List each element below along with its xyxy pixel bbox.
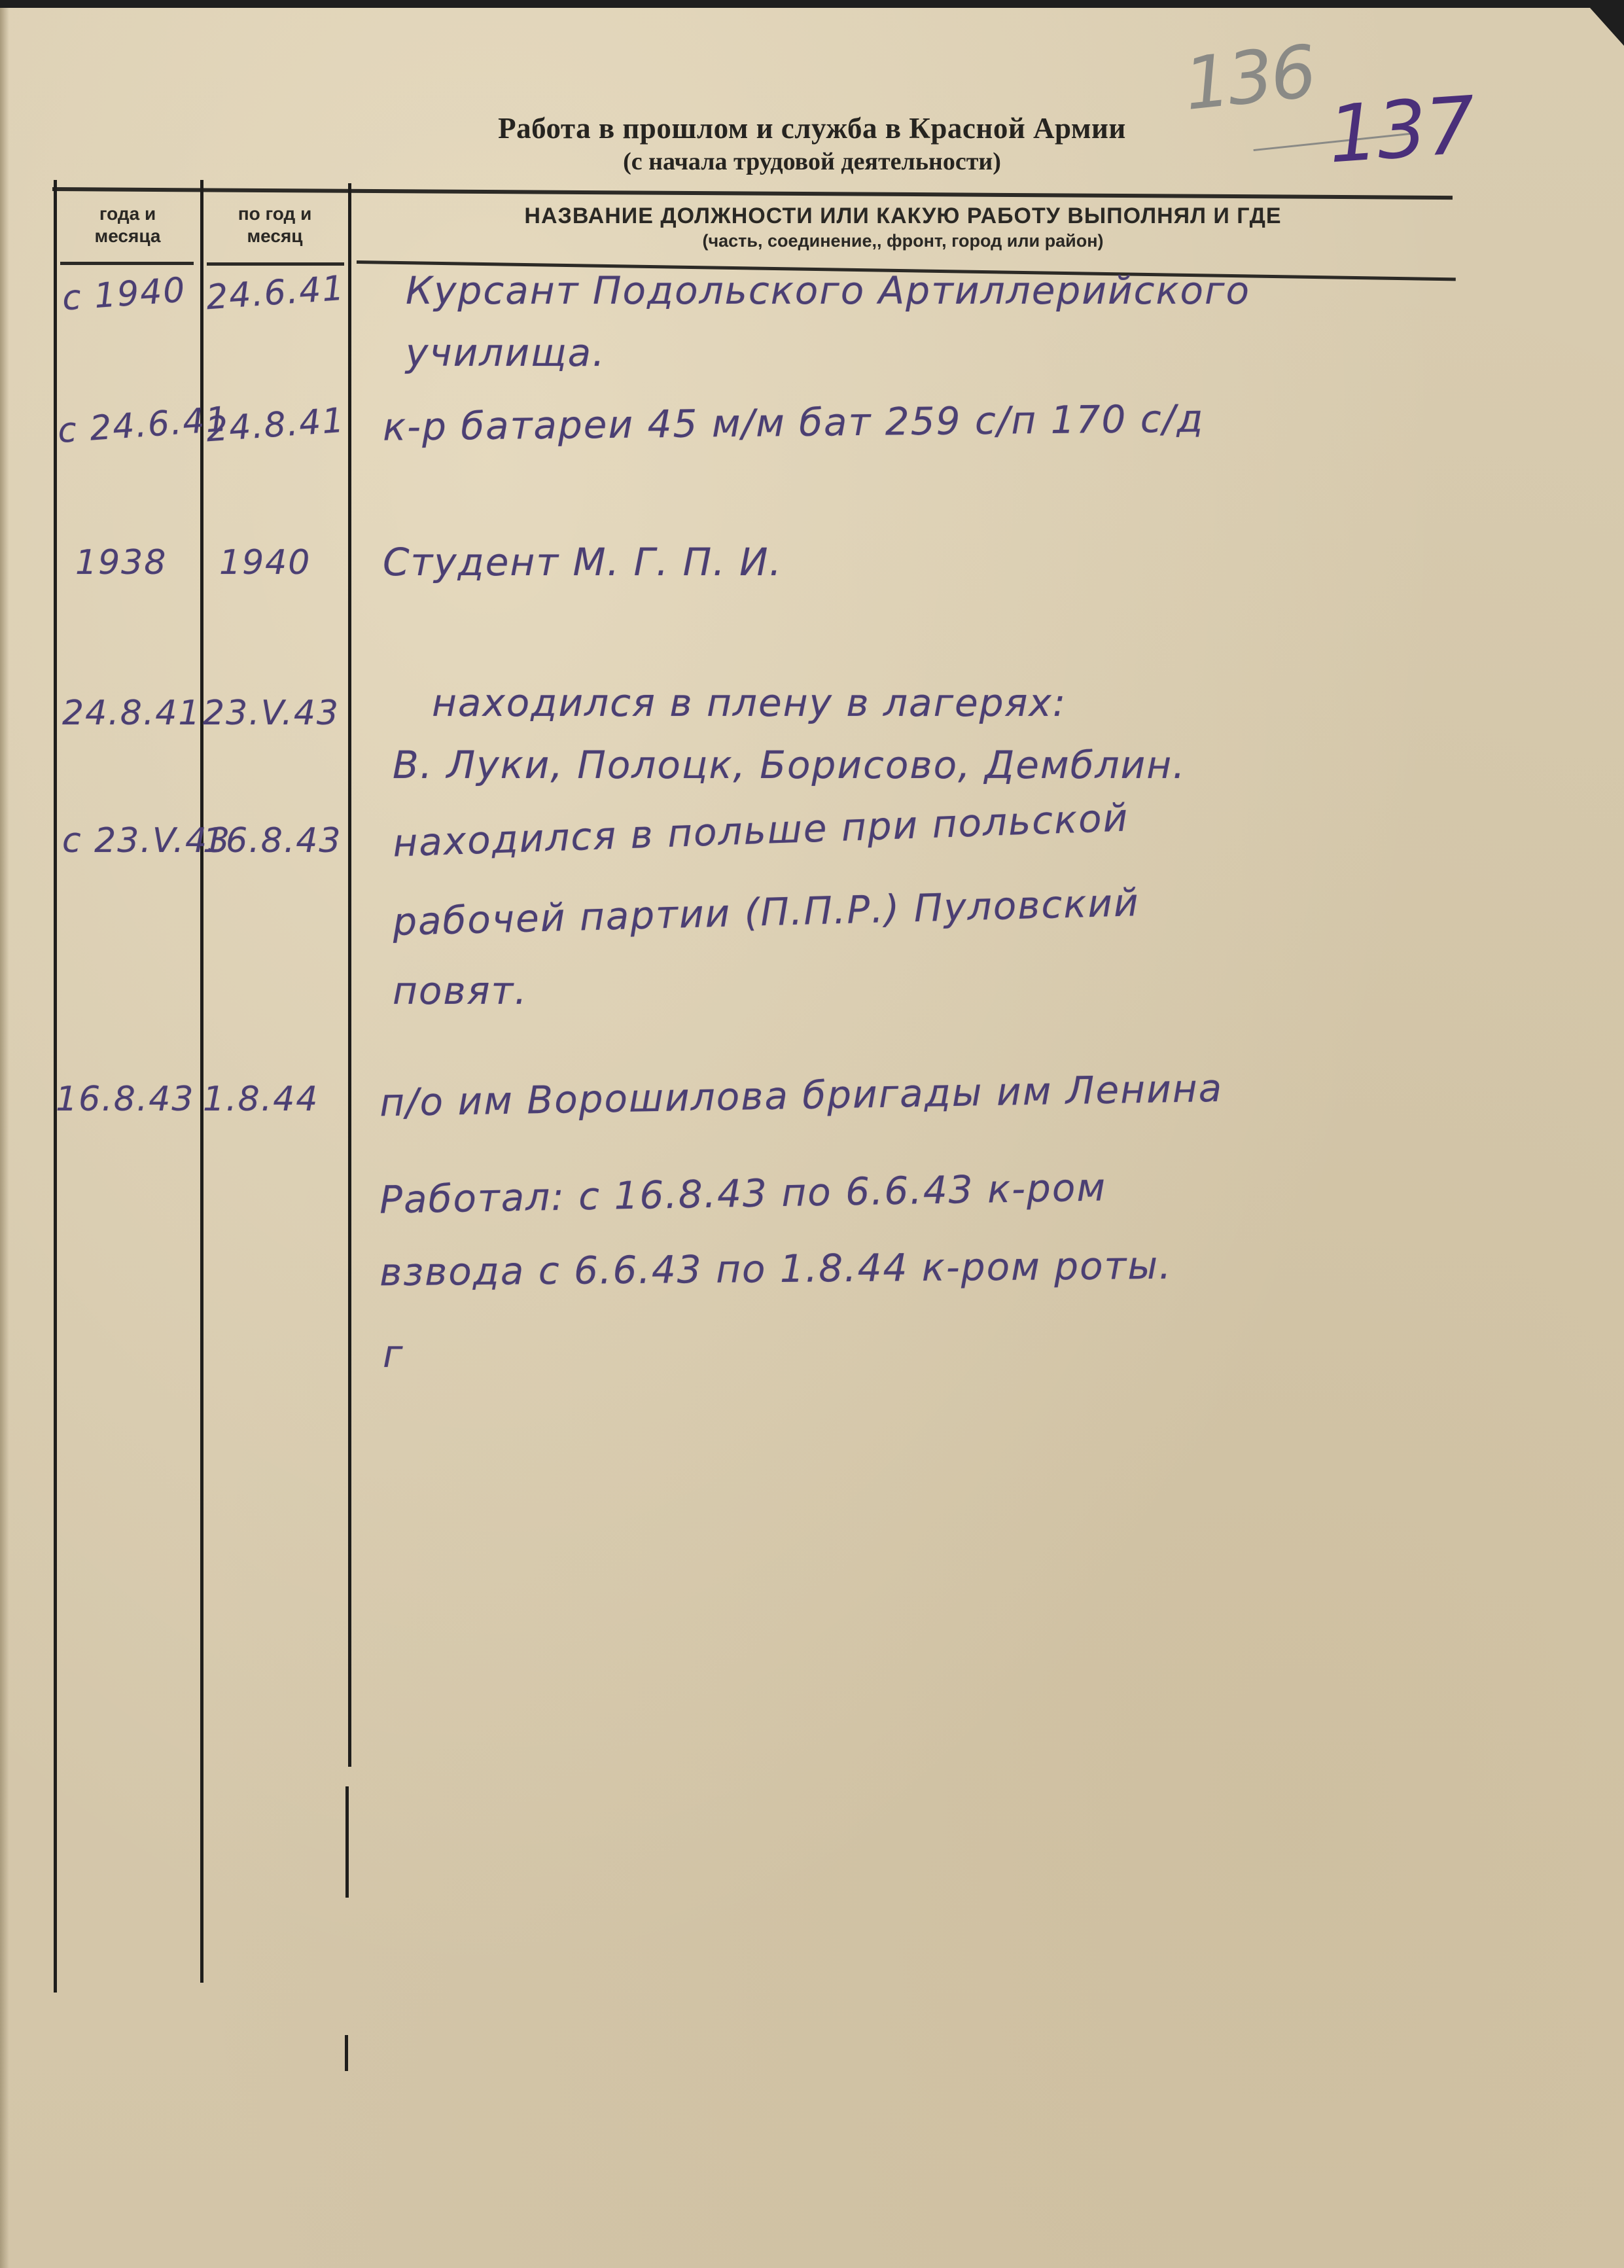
column-header-from: года и месяца xyxy=(79,203,177,247)
entry-description-line: г xyxy=(383,1332,404,1376)
entry-description-line: находился в польше при польской xyxy=(392,795,1129,865)
entry-description-line: Студент М. Г. П. И. xyxy=(383,540,783,584)
header-top-rule xyxy=(52,187,1453,200)
column-divider-2-lower xyxy=(345,1786,349,1898)
form-subtitle: (с начала трудовой деятельности) xyxy=(0,147,1624,176)
entry-description-line: Работал: с 16.8.43 по 6.6.43 к-ром xyxy=(379,1165,1106,1222)
header-bottom-rule-col1 xyxy=(60,262,194,265)
entry-description-line: к-р батареи 45 м/м бат 259 с/п 170 с/д xyxy=(383,396,1205,449)
entry-description-line: повят. xyxy=(393,968,528,1013)
header-bottom-rule-col2 xyxy=(207,262,344,266)
entry-from-date: 24.8.41 xyxy=(62,694,201,733)
entry-description-line: взвода с 6.6.43 по 1.8.44 к-ром роты. xyxy=(380,1243,1173,1295)
entry-to-date: 1940 xyxy=(219,543,311,582)
entry-description-line: рабочей партии (П.П.Р.) Пуловский xyxy=(392,880,1140,944)
entry-from-date: 1938 xyxy=(75,543,167,582)
entry-description-line: находился в плену в лагерях: xyxy=(432,681,1067,725)
entry-description-line: В. Луки, Полоцк, Борисово, Демблин. xyxy=(393,743,1186,787)
column-divider-2 xyxy=(348,183,351,1767)
column-header-to: по год и месяц xyxy=(222,203,327,247)
entry-description-line: училища. xyxy=(406,330,606,375)
entry-to-date: 23.V.43 xyxy=(203,694,340,733)
entry-from-date: 16.8.43 xyxy=(56,1080,194,1119)
form-title: Работа в прошлом и служба в Красной Арми… xyxy=(0,111,1624,145)
column-header-description: НАЗВАНИЕ ДОЛЖНОСТИ ИЛИ КАКУЮ РАБОТУ ВЫПО… xyxy=(406,203,1400,230)
column-divider-2-bottom xyxy=(345,2035,348,2071)
entry-to-date: 16.8.43 xyxy=(203,821,342,860)
entry-to-date: 24.6.41 xyxy=(205,269,346,318)
entry-from-date: с 1940 xyxy=(61,270,187,318)
entry-to-date: 1.8.44 xyxy=(203,1080,319,1119)
binding-shadow xyxy=(0,0,9,2268)
column-header-description-sub: (часть, соединение,, фронт, город или ра… xyxy=(406,230,1400,251)
entry-description-line: п/о им Ворошилова бригады им Ленина xyxy=(380,1066,1224,1125)
entry-description-line: Курсант Подольского Артиллерийского xyxy=(406,268,1250,313)
document-page: 136 137 Работа в прошлом и служба в Крас… xyxy=(0,0,1624,2268)
entry-from-date: с 24.6.41 xyxy=(56,400,230,451)
